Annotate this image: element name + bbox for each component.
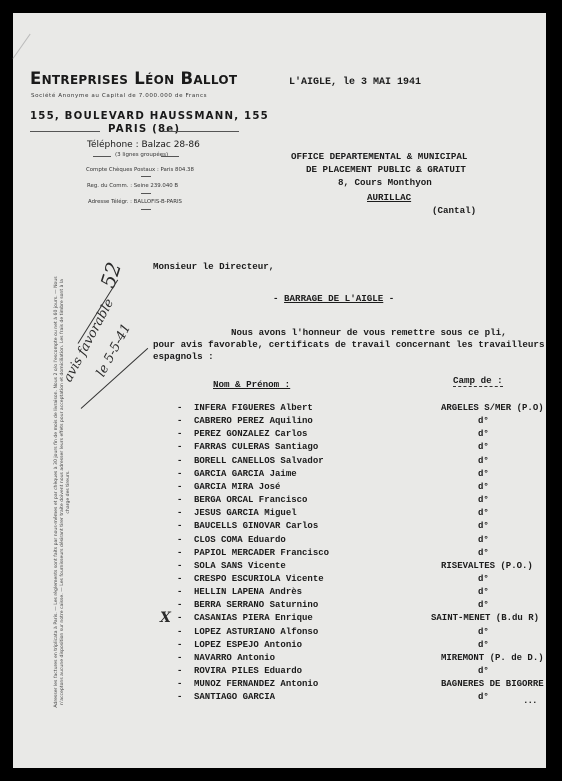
row-dash: -: [177, 600, 182, 610]
letter-page: Entreprises Léon Ballot Société Anonyme …: [13, 13, 546, 768]
paragraph-line-1: Nous avons l'honneur de vous remettre so…: [231, 327, 507, 338]
worker-camp: d°: [478, 666, 489, 676]
row-dash: -: [177, 561, 182, 571]
worker-name: CASANIAS PIERA Enrique: [194, 613, 313, 623]
paragraph-line-3: espagnols :: [153, 351, 214, 362]
divider: [30, 131, 100, 132]
row-dash: -: [177, 521, 182, 531]
worker-name: BERGA ORCAL Francisco: [194, 495, 307, 505]
recipient-city: AURILLAC: [367, 192, 411, 203]
row-dash: -: [177, 482, 182, 492]
worker-camp: d°: [478, 587, 489, 597]
worker-name: BERRA SERRANO Saturnino: [194, 600, 318, 610]
row-dash: -: [177, 653, 182, 663]
worker-camp: d°: [478, 600, 489, 610]
worker-name: PAPIOL MERCADER Francisco: [194, 548, 329, 558]
header-camp: Camp de :: [453, 375, 503, 387]
worker-camp: RISEVALTES (P.O.): [441, 561, 533, 571]
company-telephone: Téléphone : Balzac 28-86: [87, 140, 200, 150]
company-name: Entreprises Léon Ballot: [30, 69, 237, 88]
worker-camp: d°: [478, 548, 489, 558]
divider: [141, 193, 151, 194]
worker-camp: d°: [478, 429, 489, 439]
recipient-line-3: 8, Cours Monthyon: [338, 177, 432, 188]
paragraph-line-2: pour avis favorable, certificats de trav…: [153, 339, 544, 350]
commercial-registry: Reg. du Comm. : Seine 239.040 B: [87, 183, 178, 189]
worker-name: CRESPO ESCURIOLA Vicente: [194, 574, 324, 584]
worker-name: LOPEZ ASTURIANO Alfonso: [194, 627, 318, 637]
subject: BARRAGE DE L'AIGLE: [284, 293, 383, 304]
paper-crease: [13, 34, 31, 59]
worker-name: CABRERO PEREZ Aquilino: [194, 416, 313, 426]
worker-camp: d°: [478, 456, 489, 466]
worker-camp: d°: [478, 535, 489, 545]
divider: [161, 156, 179, 157]
worker-camp: d°: [478, 416, 489, 426]
row-dash: -: [177, 587, 182, 597]
divider: [141, 209, 151, 210]
worker-camp: d°: [478, 627, 489, 637]
row-dash: -: [177, 495, 182, 505]
worker-camp: MIREMONT (P. de D.): [441, 653, 544, 663]
row-dash: -: [177, 403, 182, 413]
worker-name: GARCIA GARCIA Jaime: [194, 469, 297, 479]
worker-camp: d°: [478, 692, 489, 702]
worker-name: INFERA FIGUERES Albert: [194, 403, 313, 413]
row-dash: -: [177, 574, 182, 584]
worker-name: SOLA SANS Vicente: [194, 561, 286, 571]
worker-name: JESUS GARCIA Miguel: [194, 508, 297, 518]
recipient-region: (Cantal): [432, 205, 476, 216]
worker-name: MUNOZ FERNANDEZ Antonio: [194, 679, 318, 689]
row-dash: -: [177, 613, 182, 623]
divider: [93, 156, 111, 157]
handwritten-x-mark: X: [160, 610, 171, 626]
worker-name: HELLIN LAPENA Andrès: [194, 587, 302, 597]
worker-name: SANTIAGO GARCIA: [194, 692, 275, 702]
row-dash: -: [177, 442, 182, 452]
worker-name: GARCIA MIRA José: [194, 482, 280, 492]
row-dash: -: [177, 679, 182, 689]
recipient-line-2: DE PLACEMENT PUBLIC & GRATUIT: [306, 164, 466, 175]
worker-name: NAVARRO Antonio: [194, 653, 275, 663]
continuation-dots: ...: [523, 695, 537, 706]
worker-camp: d°: [478, 521, 489, 531]
worker-camp: SAINT-MENET (B.du R): [431, 613, 539, 623]
worker-camp: d°: [478, 495, 489, 505]
row-dash: -: [177, 548, 182, 558]
row-dash: -: [177, 666, 182, 676]
subject-suffix: -: [389, 293, 395, 304]
divider: [163, 131, 239, 132]
divider: [141, 176, 151, 177]
handwritten-number: 52: [95, 259, 126, 291]
date-line: L'AIGLE, le 3 MAI 1941: [289, 77, 421, 88]
worker-camp: d°: [478, 469, 489, 479]
telegram-address: Adresse Télégr. : BALLOFIS-B-PARIS: [88, 199, 182, 205]
worker-camp: d°: [478, 482, 489, 492]
worker-name: LOPEZ ESPEJO Antonio: [194, 640, 302, 650]
row-dash: -: [177, 508, 182, 518]
subject-line: - BARRAGE DE L'AIGLE -: [273, 293, 394, 304]
worker-camp: BAGNERES DE BIGORRE: [441, 679, 544, 689]
company-address: 155, BOULEVARD HAUSSMANN, 155: [30, 111, 269, 122]
row-dash: -: [177, 535, 182, 545]
row-dash: -: [177, 627, 182, 637]
worker-name: BAUCELLS GINOVAR Carlos: [194, 521, 318, 531]
worker-name: ROVIRA PILES Eduardo: [194, 666, 302, 676]
company-capital: Société Anonyme au Capital de 7.000.000 …: [31, 93, 207, 99]
worker-camp: d°: [478, 508, 489, 518]
salutation: Monsieur le Directeur,: [153, 261, 274, 272]
worker-name: BORELL CANELLOS Salvador: [194, 456, 324, 466]
subject-prefix: -: [273, 293, 279, 304]
telephone-note: (3 lignes groupées): [115, 152, 168, 158]
row-dash: -: [177, 416, 182, 426]
worker-camp: d°: [478, 442, 489, 452]
worker-camp: ARGELES S/MER (P.O): [441, 403, 544, 413]
worker-camp: d°: [478, 574, 489, 584]
payment-terms-note: Adresser les factures en triplicata à Pa…: [54, 272, 72, 712]
worker-camp: d°: [478, 640, 489, 650]
row-dash: -: [177, 469, 182, 479]
recipient-line-1: OFFICE DEPARTEMENTAL & MUNICIPAL: [291, 151, 467, 162]
row-dash: -: [177, 456, 182, 466]
row-dash: -: [177, 429, 182, 439]
postal-account: Compte Chèques Postaux : Paris 804.38: [86, 167, 194, 173]
row-dash: -: [177, 640, 182, 650]
worker-name: PEREZ GONZALEZ Carlos: [194, 429, 307, 439]
header-name: Nom & Prénom :: [213, 379, 290, 390]
worker-name: CLOS COMA Eduardo: [194, 535, 286, 545]
row-dash: -: [177, 692, 182, 702]
worker-name: FARRAS CULERAS Santiago: [194, 442, 318, 452]
company-city: PARIS (8e): [108, 124, 180, 135]
